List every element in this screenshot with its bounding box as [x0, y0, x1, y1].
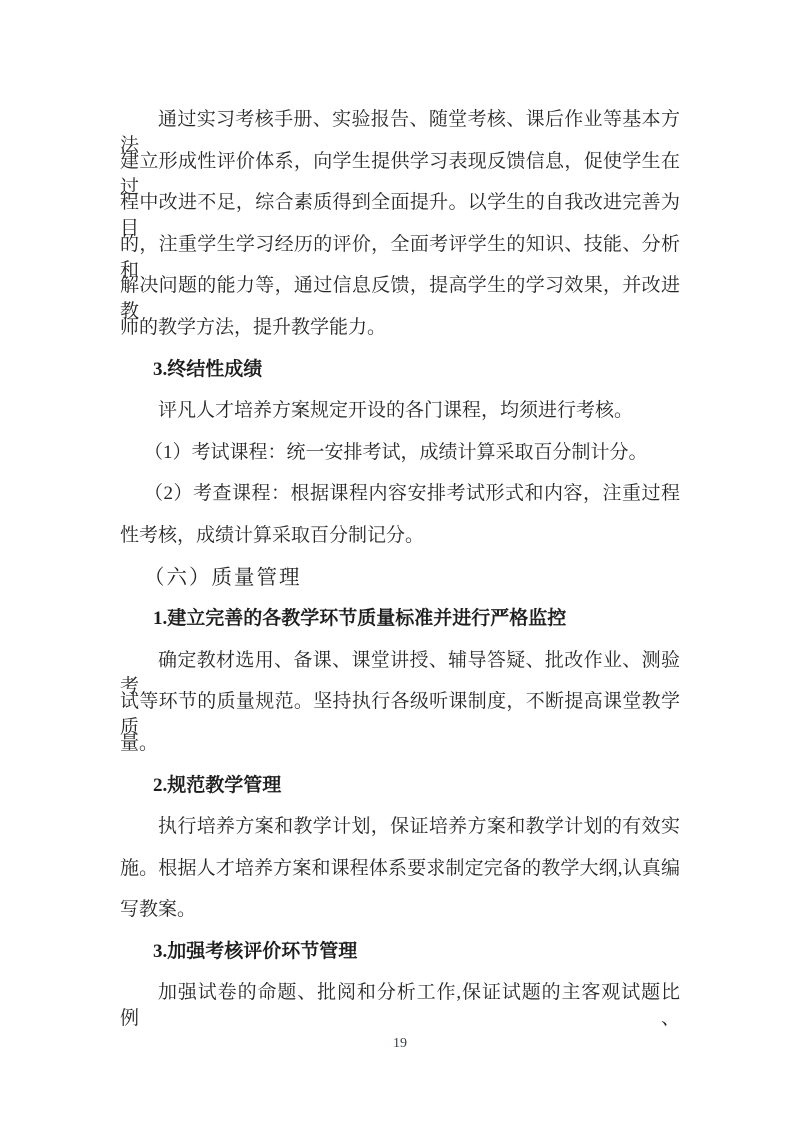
body-line: 施。根据人才培养方案和课程体系要求制定完备的教学大纲,认真编: [120, 856, 680, 898]
body-line: （2）考查课程：根据课程内容安排考试形式和内容，注重过程: [120, 481, 680, 523]
body-line: 试等环节的质量规范。坚持执行各级听课制度，不断提高课堂教学质: [120, 689, 680, 731]
page-number: 19: [0, 1036, 800, 1052]
body-line: 的，注重学生学习经历的评价，全面考评学生的知识、技能、分析和: [120, 232, 680, 274]
body-line: 执行培养方案和教学计划，保证培养方案和教学计划的有效实: [120, 814, 680, 856]
body-line: 师的教学方法，提升教学能力。: [120, 315, 680, 357]
body-line: （1）考试课程：统一安排考试，成绩计算采取百分制计分。: [120, 440, 680, 482]
body-line: 评凡人才培养方案规定开设的各门课程，均须进行考核。: [120, 398, 680, 440]
subheading-line: 2.规范教学管理: [120, 773, 680, 815]
document-page: 通过实习考核手册、实验报告、随堂考核、课后作业等基本方法 建立形成性评价体系，向…: [0, 0, 800, 1131]
body-line: 通过实习考核手册、实验报告、随堂考核、课后作业等基本方法: [120, 107, 680, 149]
body-line: 性考核，成绩计算采取百分制记分。: [120, 523, 680, 565]
subheading-line: 3.终结性成绩: [120, 357, 680, 399]
text-column: 通过实习考核手册、实验报告、随堂考核、课后作业等基本方法 建立形成性评价体系，向…: [120, 107, 680, 1022]
body-line: 确定教材选用、备课、课堂讲授、辅导答疑、批改作业、测验考: [120, 648, 680, 690]
body-line: 程中改进不足，综合素质得到全面提升。以学生的自我改进完善为目: [120, 190, 680, 232]
body-line: 建立形成性评价体系，向学生提供学习表现反馈信息，促使学生在过: [120, 149, 680, 191]
section-heading: （六）质量管理: [120, 565, 680, 607]
body-line: 加强试卷的命题、批阅和分析工作,保证试题的主客观试题比例、: [120, 980, 680, 1022]
body-line: 写教案。: [120, 897, 680, 939]
body-line: 解决问题的能力等，通过信息反馈，提高学生的学习效果，并改进教: [120, 273, 680, 315]
body-line: 量。: [120, 731, 680, 773]
subheading-line: 1.建立完善的各教学环节质量标准并进行严格监控: [120, 606, 680, 648]
subheading-line: 3.加强考核评价环节管理: [120, 939, 680, 981]
